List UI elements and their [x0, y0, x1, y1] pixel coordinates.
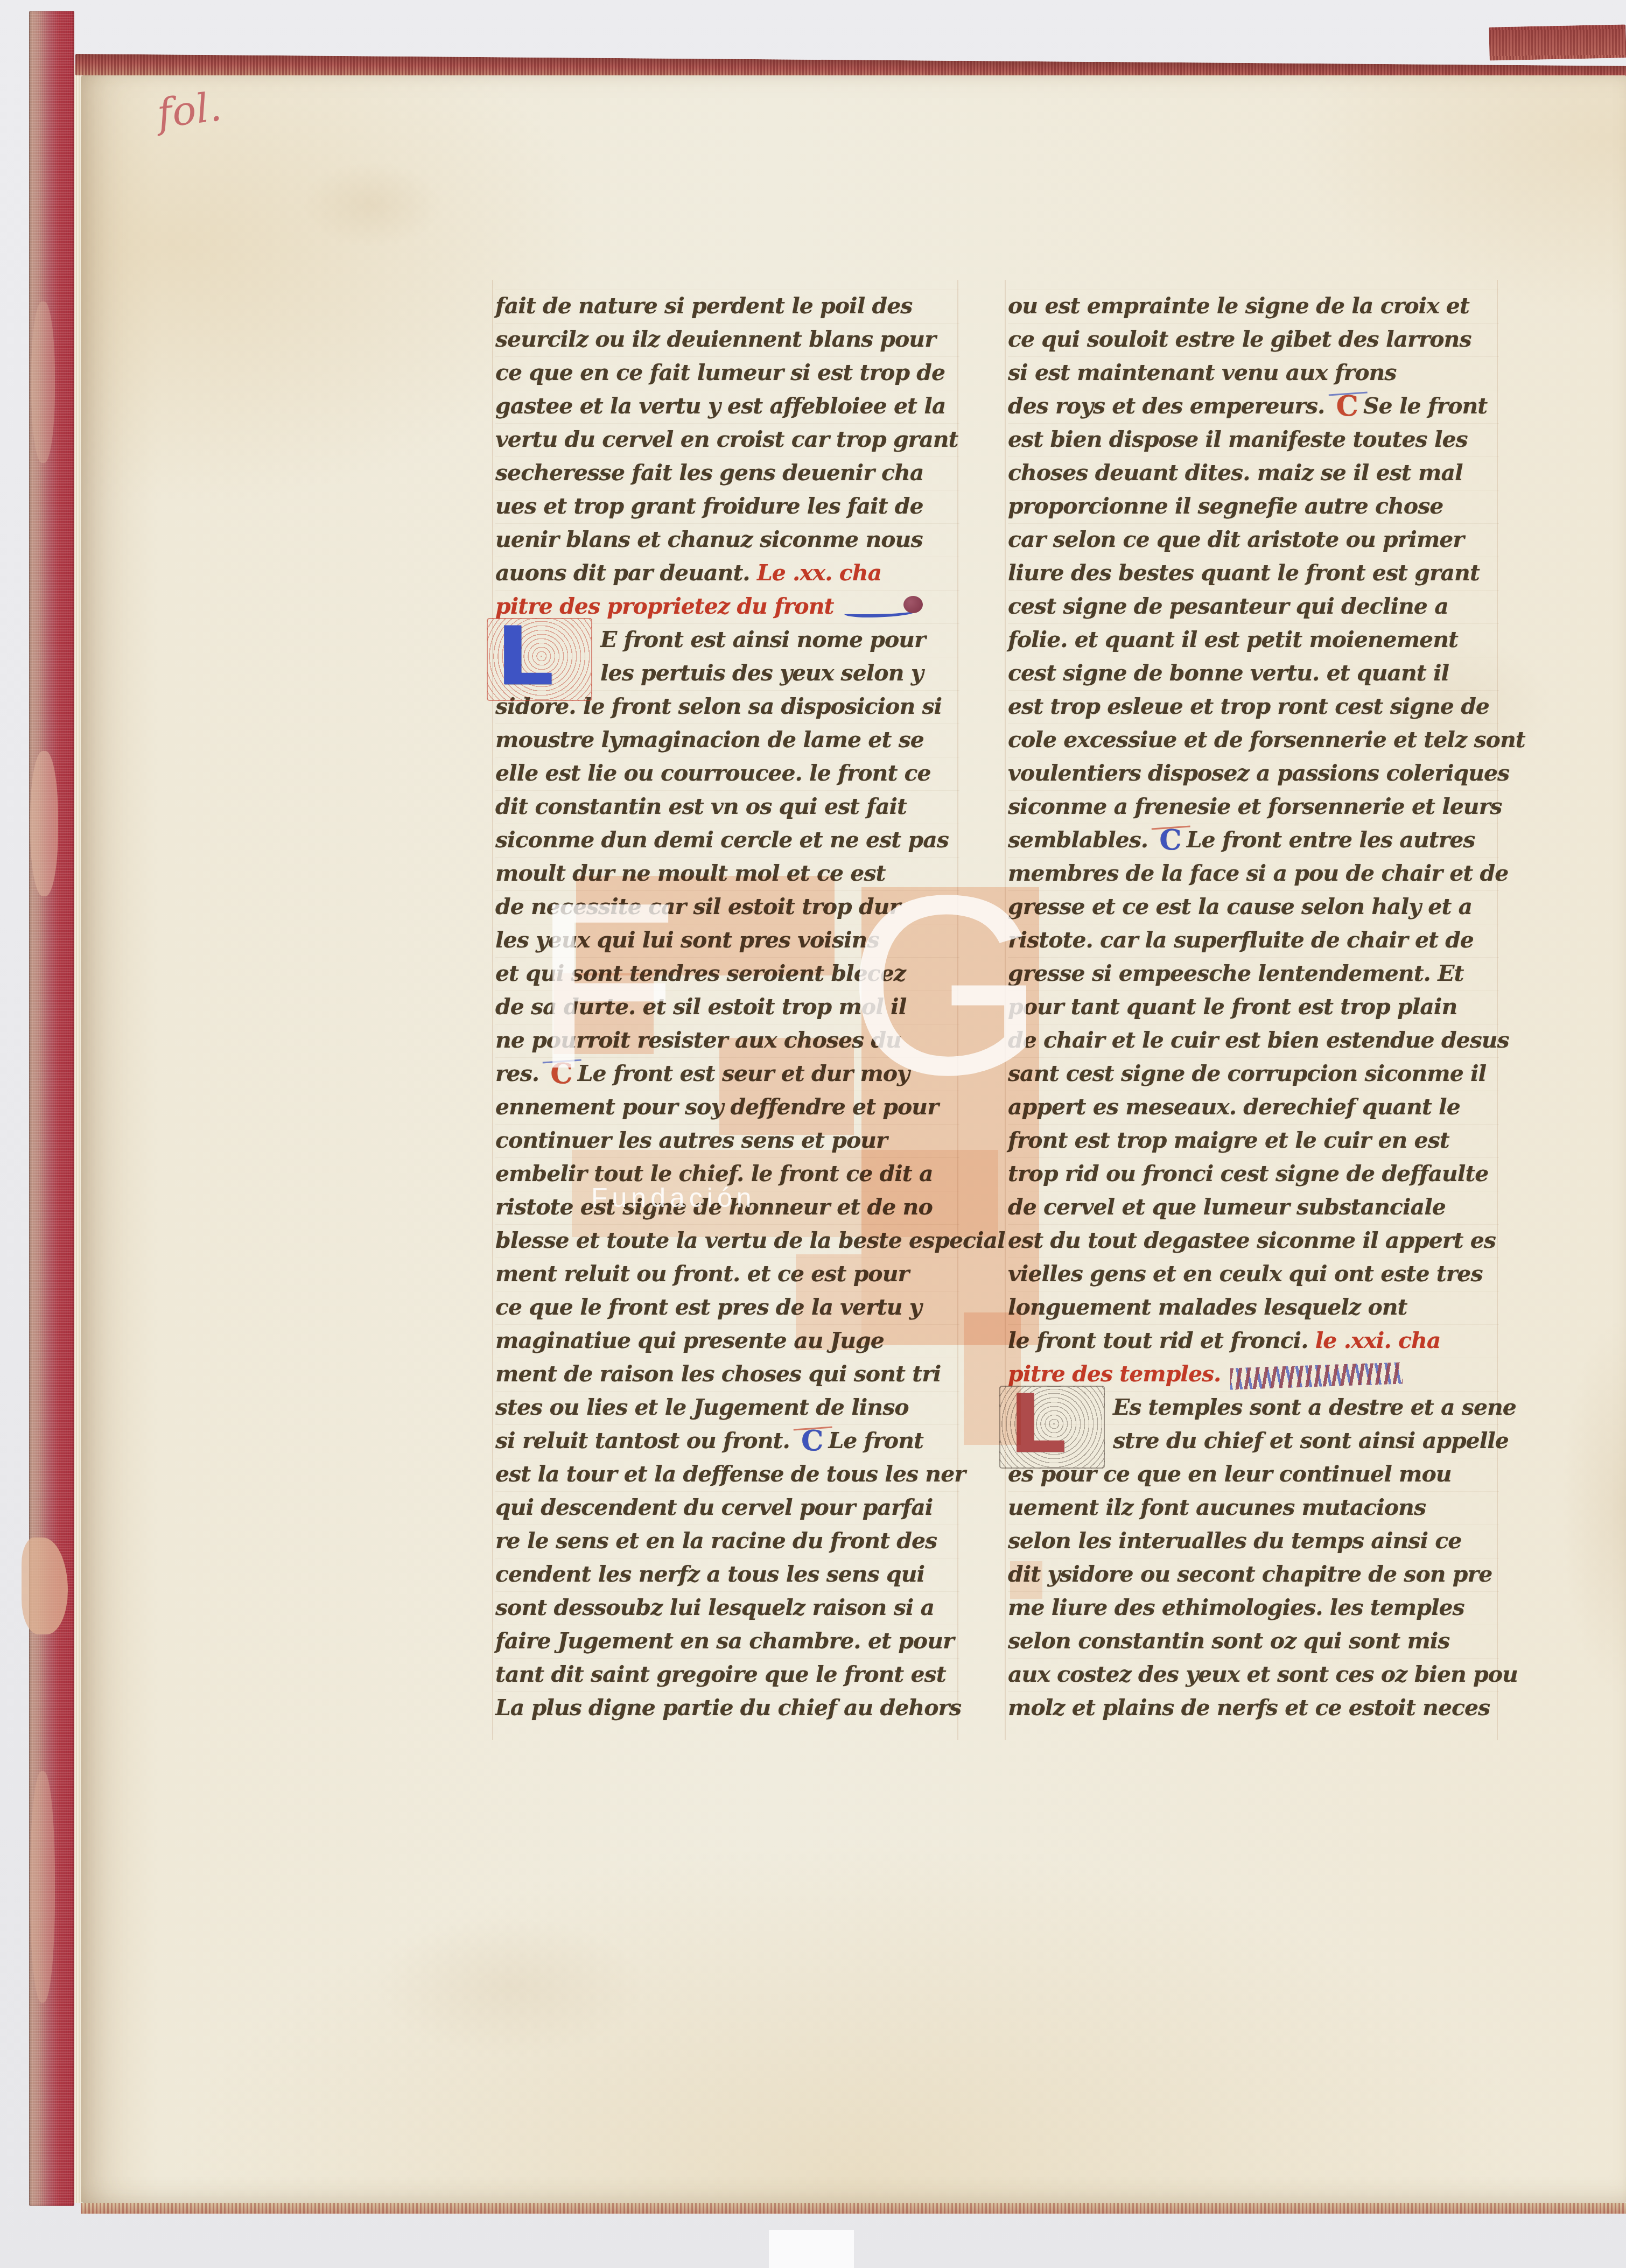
text-line: cendent les nerfz a tous les sens qui — [495, 1558, 959, 1591]
text-line: ment de raison les choses qui sont tri — [495, 1358, 959, 1391]
body-text: re le sens et en la racine du front des — [495, 1528, 937, 1554]
text-line: dit ysidore ou secont chapitre de son pr… — [1008, 1558, 1499, 1591]
text-line: ou est emprainte le signe de la croix et — [1008, 290, 1499, 323]
column-ruling-line — [492, 280, 493, 1740]
text-line: ristote. car la superfluite de chair et … — [1008, 924, 1499, 957]
body-text: est bien dispose il manifeste toutes les — [1008, 426, 1468, 452]
binding-worn-patch — [31, 301, 55, 463]
body-text: maginatiue qui presente au Juge — [495, 1328, 884, 1353]
text-line: gresse et ce est la cause selon haly et … — [1008, 890, 1499, 924]
body-text: uenir blans et chanuz siconme nous — [495, 526, 923, 552]
text-line: semblables. CLe front entre les autres — [1008, 824, 1499, 857]
text-line: ne pourroit resister aux choses du — [495, 1024, 959, 1057]
text-line: de sa durte. et sil estoit trop mol il — [495, 991, 959, 1024]
rubric-text: Le .xx. cha — [757, 560, 881, 586]
text-line: stes ou lies et le Jugement de linso — [495, 1391, 959, 1424]
body-text: longuement malades lesquelz ont — [1008, 1294, 1407, 1320]
initial-letter: L — [1006, 1392, 1108, 1457]
body-text: cendent les nerfz a tous les sens qui — [495, 1561, 924, 1587]
text-line: sont dessoubz lui lesquelz raison si a — [495, 1591, 959, 1625]
text-line: blesse et toute la vertu de la beste esp… — [495, 1224, 959, 1258]
body-text: pour tant quant le front est trop plain — [1008, 994, 1457, 1020]
text-line: des roys et des empereurs. CSe le front — [1008, 390, 1499, 423]
text-line: est bien dispose il manifeste toutes les — [1008, 423, 1499, 457]
body-text: liure des bestes quant le front est gran… — [1008, 560, 1480, 586]
text-line: si reluit tantost ou front. CLe front — [495, 1424, 959, 1458]
body-text: est trop esleue et trop ront cest signe … — [1008, 693, 1489, 719]
body-text: uement ilz font aucunes mutacions — [1008, 1494, 1426, 1520]
line-filler-ornament — [1230, 1362, 1403, 1389]
body-text: ristote. car la superfluite de chair et … — [1008, 927, 1474, 953]
body-text: seurcilz ou ilz deuiennent blans pour — [495, 326, 936, 352]
text-line: de necessite car sil estoit trop dur — [495, 890, 959, 924]
body-text: de necessite car sil estoit trop dur — [495, 894, 900, 919]
text-line: est du tout degastee siconme il appert e… — [1008, 1224, 1499, 1258]
body-text: Se le front — [1363, 393, 1487, 419]
text-line: ce qui souloit estre le gibet des larron… — [1008, 323, 1499, 356]
text-line: secheresse fait les gens deuenir cha — [495, 457, 959, 490]
text-line: res. CLe front est seur et dur moy — [495, 1057, 959, 1091]
binding-worn-patch — [30, 751, 58, 896]
text-line: selon constantin sont oz qui sont mis — [1008, 1625, 1499, 1658]
body-text: blesse et toute la vertu de la beste esp… — [495, 1227, 1005, 1253]
body-text: E front est ainsi nome pour — [600, 627, 926, 652]
body-text: sant cest signe de corrupcion siconme il — [1008, 1061, 1486, 1086]
text-line: molz et plains de nerfs et ce estoit nec… — [1008, 1691, 1499, 1725]
body-text: Le front est seur et dur moy — [578, 1061, 909, 1086]
text-line: auons dit par deuant. Le .xx. cha — [495, 557, 959, 590]
text-line: pour tant quant le front est trop plain — [1008, 991, 1499, 1024]
text-line: si est maintenant venu aux frons — [1008, 356, 1499, 390]
text-line: sant cest signe de corrupcion siconme il — [1008, 1057, 1499, 1091]
text-line: selon les interualles du temps ainsi ce — [1008, 1525, 1499, 1558]
body-text: gresse si empeesche lentendement. Et — [1008, 960, 1463, 986]
body-text: cole excessiue et de forsennerie et telz… — [1008, 727, 1525, 753]
paraph-mark: C — [801, 1428, 823, 1455]
body-text: ues et trop grant froidure les fait de — [495, 493, 923, 519]
text-line: faire Jugement en sa chambre. et pour — [495, 1625, 959, 1658]
text-line: dit constantin est vn os qui est fait — [495, 790, 959, 824]
body-text: ne pourroit resister aux choses du — [495, 1027, 901, 1053]
body-text: choses deuant dites. maiz se il est mal — [1008, 460, 1463, 486]
text-line: elle est lie ou courroucee. le front ce — [495, 757, 959, 790]
text-line: ues et trop grant froidure les fait de — [495, 490, 959, 523]
column-ruling-line — [1005, 280, 1006, 1740]
parchment-stain — [377, 1916, 646, 2056]
body-text: stre du chief et sont ainsi appelle — [1113, 1428, 1509, 1454]
body-text: le front tout rid et fronci. — [1008, 1328, 1315, 1353]
body-text: est la tour et la deffense de tous les n… — [495, 1461, 965, 1487]
body-text: fait de nature si perdent le poil des — [495, 293, 912, 319]
text-line: le front tout rid et fronci. le .xxi. ch… — [1008, 1324, 1499, 1358]
body-text: front est trop maigre et le cuir en est — [1008, 1127, 1449, 1153]
body-text: ennement pour soy deffendre et pour — [495, 1094, 938, 1120]
body-text: Le front entre les autres — [1187, 827, 1475, 853]
body-text: est du tout degastee siconme il appert e… — [1008, 1227, 1496, 1253]
body-text: si est maintenant venu aux frons — [1008, 360, 1396, 385]
text-line: re le sens et en la racine du front des — [495, 1525, 959, 1558]
text-line: maginatiue qui presente au Juge — [495, 1324, 959, 1358]
decorated-initial-L-blue: L — [493, 624, 585, 692]
body-text: faire Jugement en sa chambre. et pour — [495, 1628, 954, 1654]
text-line: me liure des ethimologies. les temples — [1008, 1591, 1499, 1625]
text-line: siconme a frenesie et forsennerie et leu… — [1008, 790, 1499, 824]
text-line: membres de la face si a pou de chair et … — [1008, 857, 1499, 890]
body-text: dit constantin est vn os qui est fait — [495, 794, 907, 819]
text-line: les yeux qui lui sont pres voisins — [495, 924, 959, 957]
text-line: ennement pour soy deffendre et pour — [495, 1091, 959, 1124]
text-line: front est trop maigre et le cuir en est — [1008, 1124, 1499, 1157]
text-line: choses deuant dites. maiz se il est mal — [1008, 457, 1499, 490]
body-text: tant dit saint gregoire que le front est — [495, 1661, 946, 1687]
body-text: de sa durte. et sil estoit trop mol il — [495, 994, 906, 1020]
body-text: secheresse fait les gens deuenir cha — [495, 460, 923, 486]
body-text: de cervel et que lumeur substanciale — [1008, 1194, 1446, 1220]
text-line: gastee et la vertu y est affebloiee et l… — [495, 390, 959, 423]
body-text: ou est emprainte le signe de la croix et — [1008, 293, 1469, 319]
body-text: moult dur ne moult mol et ce est — [495, 860, 885, 886]
body-text: ristote est signe de honneur et de no — [495, 1194, 933, 1220]
text-line: vertu du cervel en croist car trop grant — [495, 423, 959, 457]
body-text: vielles gens et en ceulx qui ont este tr… — [1008, 1261, 1482, 1287]
paraph-mark: C — [1336, 393, 1358, 420]
rubric-text: le .xxi. cha — [1315, 1328, 1441, 1353]
body-text: auons dit par deuant. — [495, 560, 757, 586]
body-text: aux costez des yeux et sont ces oz bien … — [1008, 1661, 1518, 1687]
body-text: qui descendent du cervel pour parfai — [495, 1494, 933, 1520]
manuscript-photo: { "folio_mark": "fol.", "watermark": { "… — [0, 0, 1626, 2268]
body-text: ce qui souloit estre le gibet des larron… — [1008, 326, 1471, 352]
body-text: ce que le front est pres de la vertu y — [495, 1294, 922, 1320]
text-line: voulentiers disposez a passions coleriqu… — [1008, 757, 1499, 790]
body-text: voulentiers disposez a passions coleriqu… — [1008, 760, 1509, 786]
text-line: liure des bestes quant le front est gran… — [1008, 557, 1499, 590]
text-line: seurcilz ou ilz deuiennent blans pour — [495, 323, 959, 356]
text-line: ce que en ce fait lumeur si est trop de — [495, 356, 959, 390]
body-text: selon les interualles du temps ainsi ce — [1008, 1528, 1461, 1554]
text-line: car selon ce que dit aristote ou primer — [1008, 523, 1499, 557]
body-text: cest signe de bonne vertu. et quant il — [1008, 660, 1449, 686]
text-line: fait de nature si perdent le poil des — [495, 290, 959, 323]
body-text: Es temples sont a destre et a sene — [1113, 1394, 1516, 1420]
initial-letter: L — [493, 624, 595, 689]
paraph-mark: C — [550, 1061, 572, 1087]
text-line: ce que le front est pres de la vertu y — [495, 1291, 959, 1324]
body-text: siconme a frenesie et forsennerie et leu… — [1008, 794, 1502, 819]
body-text: trop rid ou fronci cest signe de deffaul… — [1008, 1161, 1488, 1186]
text-line: gresse si empeesche lentendement. Et — [1008, 957, 1499, 991]
text-line: trop rid ou fronci cest signe de deffaul… — [1008, 1157, 1499, 1191]
text-line: de cervel et que lumeur substanciale — [1008, 1191, 1499, 1224]
body-text: cest signe de pesanteur qui decline a — [1008, 593, 1448, 619]
paraph-mark: C — [1159, 827, 1181, 854]
body-text: membres de la face si a pou de chair et … — [1008, 860, 1508, 886]
body-text: vertu du cervel en croist car trop grant — [495, 426, 958, 452]
body-text: si reluit tantost ou front. — [495, 1428, 797, 1454]
text-line: est trop esleue et trop ront cest signe … — [1008, 690, 1499, 724]
body-text: ment reluit ou front. et ce est pour — [495, 1261, 909, 1287]
text-line: La plus digne partie du chief au dehors — [495, 1691, 959, 1725]
body-text: les pertuis des yeux selon y — [600, 660, 923, 686]
body-text: me liure des ethimologies. les temples — [1008, 1595, 1464, 1620]
body-text: semblables. — [1008, 827, 1155, 853]
text-line: cest signe de bonne vertu. et quant il — [1008, 657, 1499, 690]
body-text: gastee et la vertu y est affebloiee et l… — [495, 393, 945, 419]
text-line: siconme dun demi cercle et ne est pas — [495, 824, 959, 857]
body-text: et qui sont tendres seroient blecez — [495, 960, 906, 986]
binding-top-right-corner — [1489, 24, 1626, 60]
body-text: selon constantin sont oz qui sont mis — [1008, 1628, 1449, 1654]
body-text: continuer les autres sens et pour — [495, 1127, 887, 1153]
text-line: cole excessiue et de forsennerie et telz… — [1008, 724, 1499, 757]
body-text: molz et plains de nerfs et ce estoit nec… — [1008, 1695, 1490, 1721]
body-text: siconme dun demi cercle et ne est pas — [495, 827, 949, 853]
body-text: embelir tout le chief. le front ce dit a — [495, 1161, 933, 1186]
text-line: folie. et quant il est petit moienement — [1008, 623, 1499, 657]
body-text: stes ou lies et le Jugement de linso — [495, 1394, 909, 1420]
body-text: La plus digne partie du chief au dehors — [495, 1695, 961, 1721]
body-text: dit ysidore ou secont chapitre de son pr… — [1008, 1561, 1492, 1587]
body-text: Le front — [828, 1428, 923, 1454]
text-line: moustre lymaginacion de lame et se — [495, 724, 959, 757]
body-text: ce que en ce fait lumeur si est trop de — [495, 360, 945, 385]
text-line: longuement malades lesquelz ont — [1008, 1291, 1499, 1324]
text-line: moult dur ne moult mol et ce est — [495, 857, 959, 890]
body-text: res. — [495, 1061, 546, 1086]
text-line: cest signe de pesanteur qui decline a — [1008, 590, 1499, 623]
page-bottom-edge — [81, 2203, 1626, 2214]
text-line: de chair et le cuir est bien estendue de… — [1008, 1024, 1499, 1057]
bottom-white-tab — [769, 2230, 854, 2268]
binding-worn-patch — [30, 1771, 55, 2003]
body-text: de chair et le cuir est bien estendue de… — [1008, 1027, 1509, 1053]
text-line: ment reluit ou front. et ce est pour — [495, 1258, 959, 1291]
body-text: les yeux qui lui sont pres voisins — [495, 927, 879, 953]
text-line: vielles gens et en ceulx qui ont este tr… — [1008, 1258, 1499, 1291]
body-text: ment de raison les choses qui sont tri — [495, 1361, 941, 1387]
text-line: aux costez des yeux et sont ces oz bien … — [1008, 1658, 1499, 1691]
text-line: qui descendent du cervel pour parfai — [495, 1491, 959, 1525]
line-filler-ornament — [844, 596, 925, 621]
body-text: proporcionne il segnefie autre chose — [1008, 493, 1443, 519]
body-text: sont dessoubz lui lesquelz raison si a — [495, 1595, 934, 1620]
decorated-initial-L-red: L — [1006, 1392, 1097, 1460]
folio-mark: fol. — [155, 83, 224, 137]
text-line: embelir tout le chief. le front ce dit a — [495, 1157, 959, 1191]
text-line: uenir blans et chanuz siconme nous — [495, 523, 959, 557]
body-text: folie. et quant il est petit moienement — [1008, 627, 1458, 652]
text-column-right: L ou est emprainte le signe de la croix … — [1008, 290, 1499, 1725]
body-text: appert es meseaux. derechief quant le — [1008, 1094, 1460, 1120]
text-line: et qui sont tendres seroient blecez — [495, 957, 959, 991]
text-line: ristote est signe de honneur et de no — [495, 1191, 959, 1224]
body-text: moustre lymaginacion de lame et se — [495, 727, 924, 753]
text-line: uement ilz font aucunes mutacions — [1008, 1491, 1499, 1525]
body-text: car selon ce que dit aristote ou primer — [1008, 526, 1464, 552]
body-text: elle est lie ou courroucee. le front ce — [495, 760, 931, 786]
parchment-stain — [302, 162, 441, 248]
text-line: appert es meseaux. derechief quant le — [1008, 1091, 1499, 1124]
text-line: est la tour et la deffense de tous les n… — [495, 1458, 959, 1491]
body-text: des roys et des empereurs. — [1008, 393, 1332, 419]
body-text: gresse et ce est la cause selon haly et … — [1008, 894, 1472, 919]
text-column-left: L fait de nature si perdent le poil dess… — [495, 290, 959, 1725]
text-line: proporcionne il segnefie autre chose — [1008, 490, 1499, 523]
text-line: tant dit saint gregoire que le front est — [495, 1658, 959, 1691]
text-line: continuer les autres sens et pour — [495, 1124, 959, 1157]
